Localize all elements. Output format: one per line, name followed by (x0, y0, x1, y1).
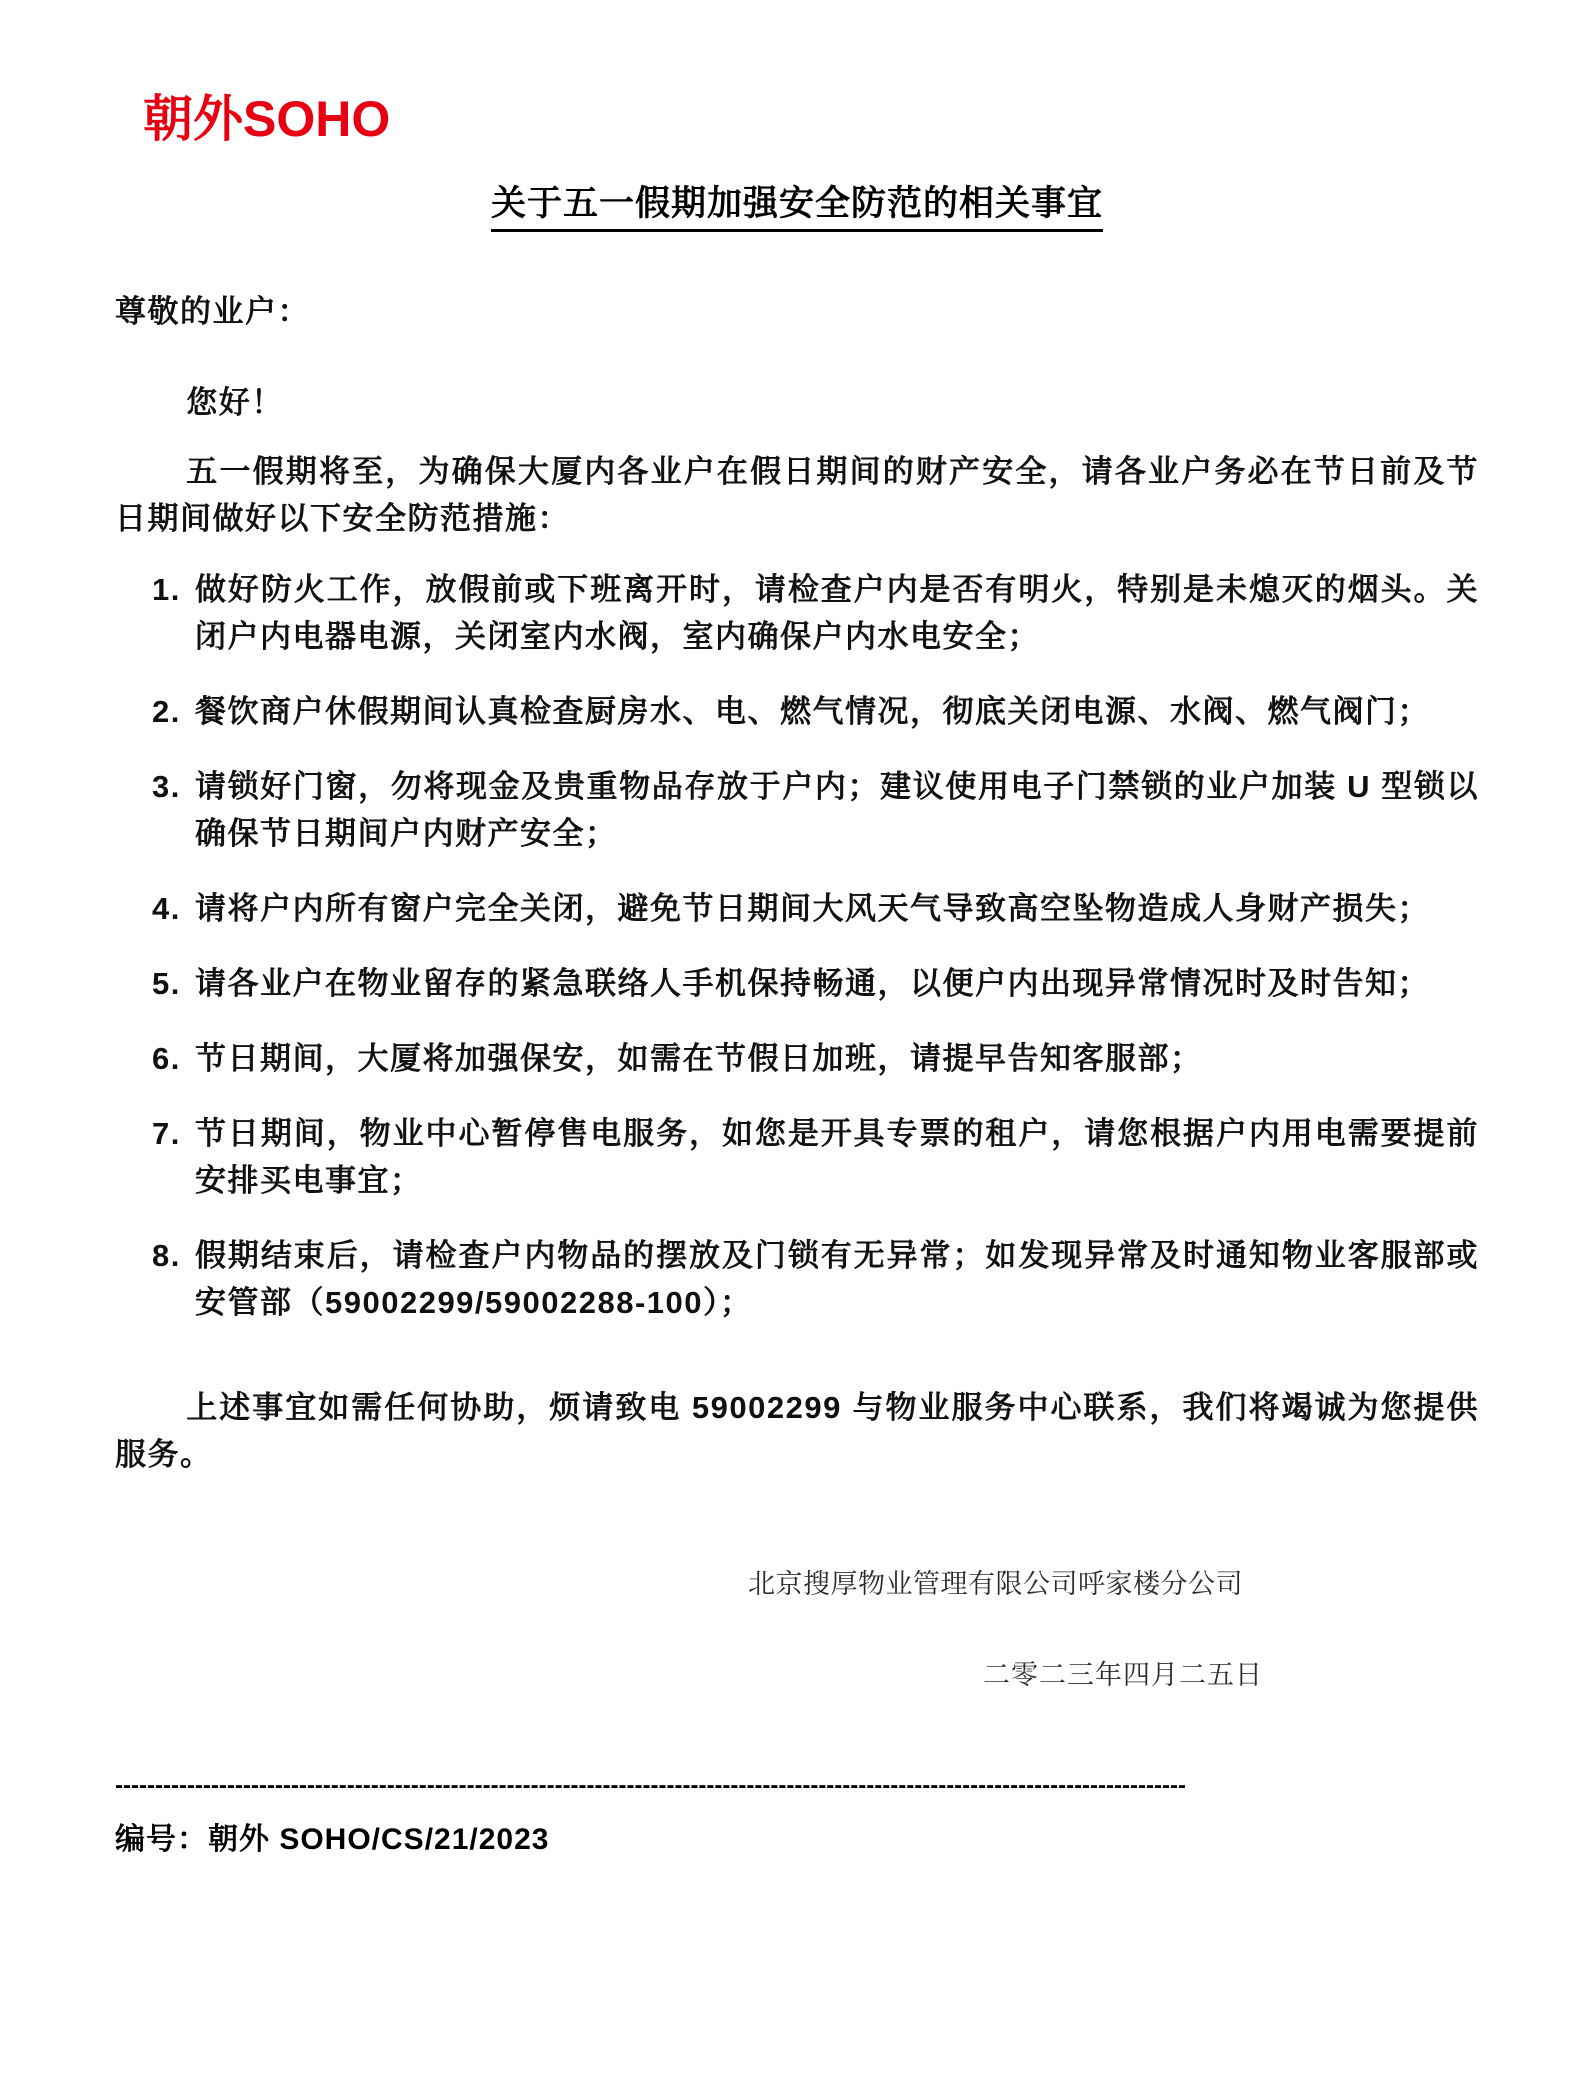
greeting: 您好！ (115, 379, 1479, 426)
salutation: 尊敬的业户： (115, 288, 1479, 335)
list-item: 节日期间，物业中心暂停售电服务，如您是开具专票的租户，请您根据户内用电需要提前安… (191, 1110, 1479, 1204)
issue-date: 二零二三年四月二五日 (115, 1653, 1479, 1692)
list-item: 假期结束后，请检查户内物品的摆放及门锁有无异常；如发现异常及时通知物业客服部或安… (191, 1232, 1479, 1326)
list-item: 请各业户在物业留存的紧急联络人手机保持畅通，以便户内出现异常情况时及时告知； (191, 960, 1479, 1007)
title-row: 关于五一假期加强安全防范的相关事宜 (115, 176, 1479, 232)
intro-paragraph: 五一假期将至，为确保大厦内各业户在假日期间的财产安全，请各业户务必在节日前及节日… (115, 448, 1479, 542)
list-item: 节日期间，大厦将加强保安，如需在节假日加班，请提早告知客服部； (191, 1035, 1479, 1082)
notice-list: 做好防火工作，放假前或下班离开时，请检查户内是否有明火，特别是未熄灭的烟头。关闭… (115, 566, 1479, 1326)
doc-number: 编号：朝外 SOHO/CS/21/2023 (115, 1814, 1479, 1858)
company-signature: 北京搜厚物业管理有限公司呼家楼分公司 (115, 1562, 1479, 1601)
dashed-divider: ----------------------------------------… (115, 1772, 1187, 1800)
notice-document: 朝外SOHO 关于五一假期加强安全防范的相关事宜 尊敬的业户： 您好！ 五一假期… (0, 0, 1587, 2074)
list-item: 餐饮商户休假期间认真检查厨房水、电、燃气情况，彻底关闭电源、水阀、燃气阀门； (191, 688, 1479, 735)
brand-logo: 朝外SOHO (143, 92, 1479, 146)
list-item: 做好防火工作，放假前或下班离开时，请检查户内是否有明火，特别是未熄灭的烟头。关闭… (191, 566, 1479, 660)
closing-paragraph: 上述事宜如需任何协助，烦请致电 59002299 与物业服务中心联系，我们将竭诚… (115, 1384, 1479, 1478)
list-item: 请锁好门窗，勿将现金及贵重物品存放于户内；建议使用电子门禁锁的业户加装 U 型锁… (191, 763, 1479, 857)
page-title: 关于五一假期加强安全防范的相关事宜 (491, 176, 1103, 232)
list-item: 请将户内所有窗户完全关闭，避免节日期间大风天气导致高空坠物造成人身财产损失； (191, 885, 1479, 932)
